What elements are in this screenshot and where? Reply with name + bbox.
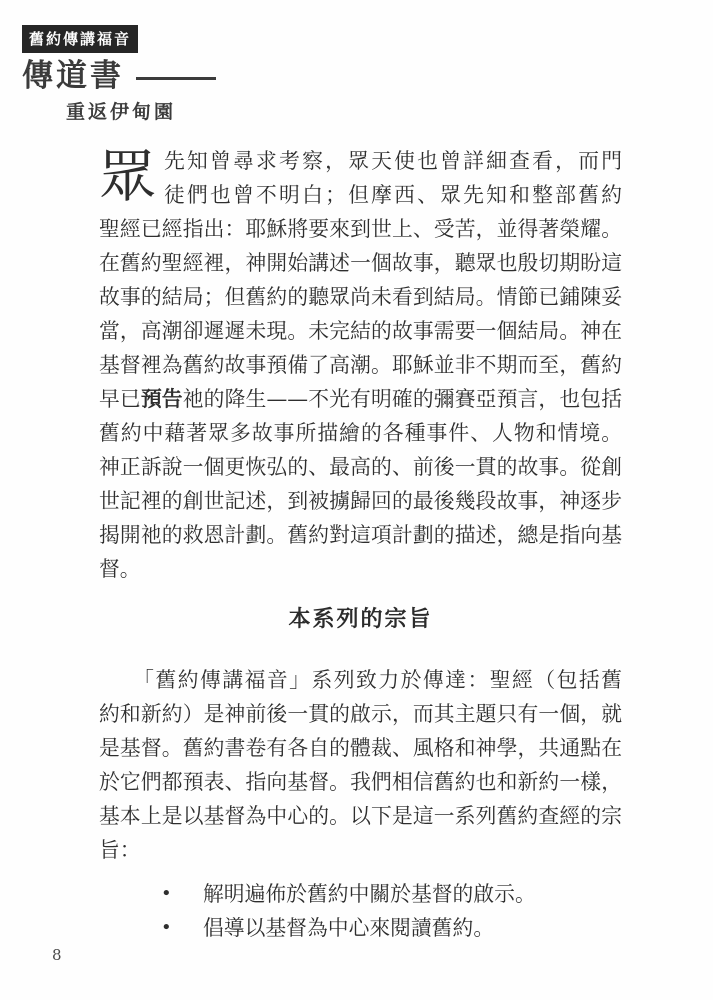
bullet-item: •倡導以基督為中心來閱讀舊約。: [99, 911, 622, 945]
bullet-icon: •: [99, 877, 203, 911]
book-subtitle: 重返伊甸園: [66, 97, 713, 124]
bullet-icon: •: [99, 911, 203, 945]
bullet-list: •解明遍佈於舊約中關於基督的啟示。•倡導以基督為中心來閱讀舊約。: [99, 877, 622, 945]
bullet-text: 倡導以基督為中心來閱讀舊約。: [203, 911, 622, 945]
paragraph-opening: 眾 先知曾尋求考察，眾天使也曾詳細查看，而門徒們也曾不明白；但摩西、眾先知和整部…: [99, 144, 622, 586]
title-row: 傳道書: [22, 59, 713, 93]
text-segment: 早已: [99, 387, 141, 411]
text-line: 「舊約傳講福音」系列致力於傳達：聖經（包括舊: [99, 663, 622, 697]
page-number: 8: [52, 946, 62, 964]
section-heading: 本系列的宗旨: [99, 602, 622, 636]
book-page: 舊約傳講福音 傳道書 重返伊甸園 眾 先知曾尋求考察，眾天使也曾詳細查看，而門徒…: [0, 0, 713, 1000]
text-line: 舊約中藉著眾多故事所描繪的各種事件、人物和情境。: [99, 416, 622, 450]
paragraph-series-purpose: 「舊約傳講福音」系列致力於傳達：聖經（包括舊約和新約）是神前後一貫的啟示，而其主…: [99, 663, 622, 867]
text-line: 是基督。舊約書卷有各自的體裁、風格和神學，共通點在: [99, 731, 622, 765]
text-line: 世記裡的創世記述，到被擄歸回的最後幾段故事，神逐步: [99, 484, 622, 518]
text-line: 早已預告祂的降生——不光有明確的彌賽亞預言，也包括: [99, 382, 622, 416]
text-segment: 祂的降生——不光有明確的彌賽亞預言，也包括: [183, 387, 622, 411]
text-line: 故事的結局；但舊約的聽眾尚未看到結局。情節已鋪陳妥: [99, 280, 622, 314]
text-line: 先知曾尋求考察，眾天使也曾詳細查看，而門: [99, 144, 622, 178]
text-line: 聖經已經指出：耶穌將要來到世上、受苦，並得著榮耀。: [99, 212, 622, 246]
dropcap-character: 眾: [99, 144, 164, 208]
bullet-text: 解明遍佈於舊約中關於基督的啟示。: [203, 877, 622, 911]
text-line: 基本上是以基督為中心的。以下是這一系列舊約查經的宗: [99, 799, 622, 833]
text-line: 在舊約聖經裡，神開始講述一個故事，聽眾也殷切期盼這: [99, 246, 622, 280]
text-line: 基督裡為舊約故事預備了高潮。耶穌並非不期而至，舊約: [99, 348, 622, 382]
text-line: 督。: [99, 552, 622, 586]
text-line: 揭開祂的救恩計劃。舊約對這項計劃的描述，總是指向基: [99, 518, 622, 552]
bold-text-segment: 預告: [141, 386, 183, 411]
text-line: 旨：: [99, 833, 622, 867]
text-line: 於它們都預表、指向基督。我們相信舊約也和新約一樣，: [99, 765, 622, 799]
text-line: 當，高潮卻遲遲未現。未完結的故事需要一個結局。神在: [99, 314, 622, 348]
text-block: 眾 先知曾尋求考察，眾天使也曾詳細查看，而門徒們也曾不明白；但摩西、眾先知和整部…: [99, 144, 622, 945]
book-title: 傳道書: [22, 59, 124, 93]
series-badge: 舊約傳講福音: [22, 25, 138, 53]
bullet-item: •解明遍佈於舊約中關於基督的啟示。: [99, 877, 622, 911]
page-header: 舊約傳講福音 傳道書 重返伊甸園: [0, 0, 713, 124]
text-line: 約和新約）是神前後一貫的啟示，而其主題只有一個，就: [99, 697, 622, 731]
text-line: 徒們也曾不明白；但摩西、眾先知和整部舊約: [99, 178, 622, 212]
title-dash-rule: [136, 77, 216, 80]
text-line: 神正訴說一個更恢弘的、最高的、前後一貫的故事。從創: [99, 450, 622, 484]
